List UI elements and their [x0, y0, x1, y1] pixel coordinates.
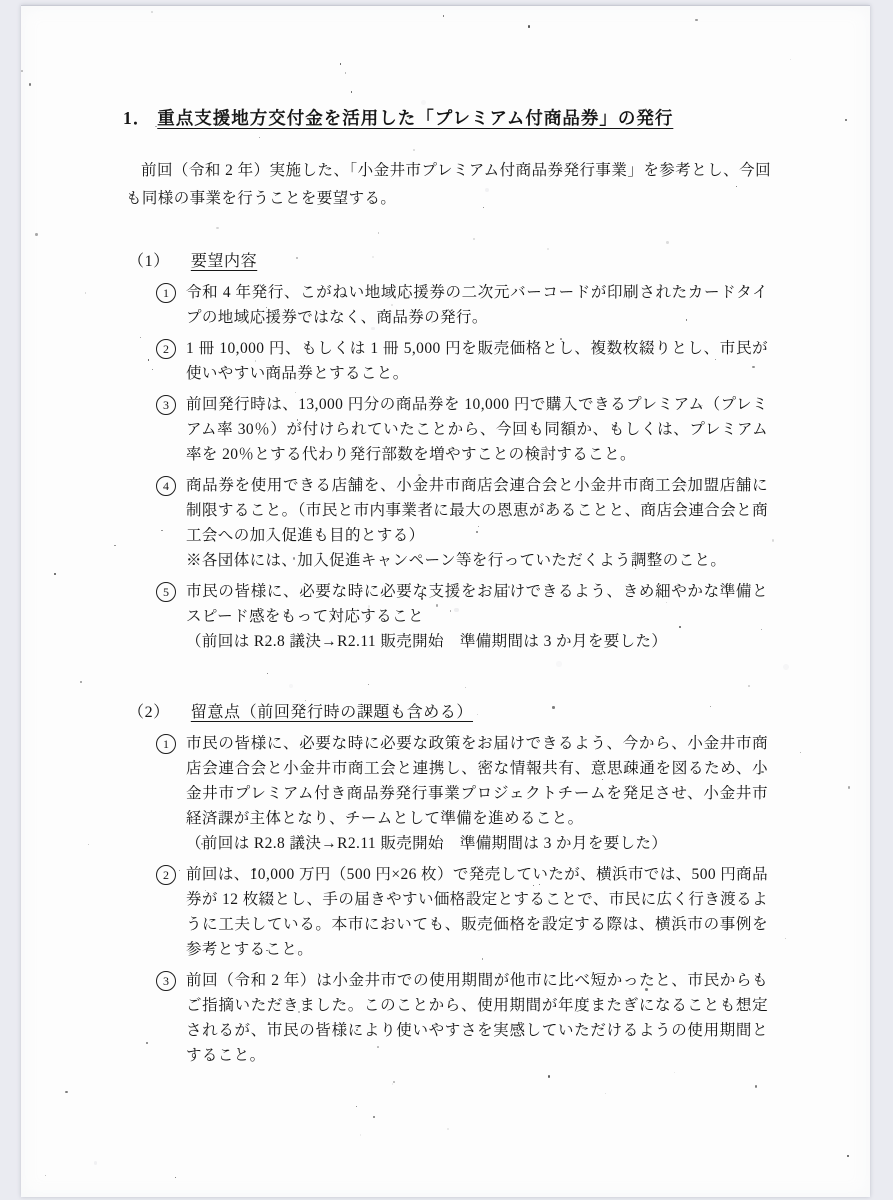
circled-number-icon: 2 — [156, 865, 176, 885]
scan-noise-speck — [114, 545, 116, 546]
item-sub-note: ※各団体には、加入促進キャンペーン等を行っていただくよう調整のこと。 — [186, 548, 768, 573]
circled-number-icon: 3 — [156, 971, 176, 991]
item-text: 令和 4 年発行、こがねい地域応援券の二次元バーコードが印刷されたカードタイプの… — [186, 284, 768, 326]
scan-noise-speck — [80, 681, 82, 683]
circled-number-icon: 3 — [156, 395, 176, 415]
item-text: 市民の皆様に、必要な時に必要な支援をお届けできるよう、きめ細やかな準備とスピード… — [186, 583, 768, 625]
scan-noise-speck — [35, 233, 38, 236]
scan-noise-speck — [88, 844, 89, 845]
list-item: 5 市民の皆様に、必要な時に必要な支援をお届けできるよう、きめ細やかな準備とスピ… — [156, 579, 768, 654]
document-body: 1．重点支援地方交付金を活用した「プレミアム付商品券」の発行 前回（令和 2 年… — [126, 6, 806, 1068]
circled-number-icon: 1 — [156, 283, 176, 303]
list-item: 3 前回（令和 2 年）は小金井市での使用期間が他市に比べ短かったと、市民からも… — [156, 968, 768, 1068]
section-1-number: （1） — [128, 253, 170, 270]
section-2-header: （2）留意点（前回発行時の課題も含める） — [128, 700, 806, 725]
scan-noise-speck — [847, 1155, 848, 1156]
scan-noise-smudge — [94, 1161, 98, 1165]
scan-noise-speck — [548, 1075, 550, 1077]
intro-paragraph: 前回（令和 2 年）実施した、「小金井市プレミアム付商品券発行事業」を参考とし、… — [126, 157, 771, 213]
list-item: 2 前回は、10,000 万円（500 円×26 枚）で発売していたが、横浜市で… — [156, 862, 768, 962]
item-text: 前回は、10,000 万円（500 円×26 枚）で発売していたが、横浜市では、… — [186, 866, 768, 958]
item-text: 前回（令和 2 年）は小金井市での使用期間が他市に比べ短かったと、市民からもご指… — [186, 972, 768, 1064]
heading-number: 1． — [123, 108, 151, 128]
section-1-header: （1）要望内容 — [128, 249, 806, 274]
item-text: 1 冊 10,000 円、もしくは 1 冊 5,000 円を販売価格とし、複数枚… — [186, 340, 768, 382]
scan-noise-speck — [447, 1128, 449, 1130]
document-page: 1．重点支援地方交付金を活用した「プレミアム付商品券」の発行 前回（令和 2 年… — [21, 5, 870, 1197]
scan-noise-speck — [605, 1093, 607, 1095]
item-note: （前回は R2.8 議決→R2.11 販売開始 準備期間は 3 か月を要した） — [186, 831, 768, 856]
scan-noise-speck — [21, 70, 23, 72]
list-item: 3 前回発行時は、13,000 円分の商品券を 10,000 円で購入できるプレ… — [156, 392, 768, 467]
section-2-number: （2） — [128, 704, 170, 721]
list-item: 1 市民の皆様に、必要な時に必要な政策をお届けできるよう、今から、小金井市商店会… — [156, 731, 768, 856]
scan-noise-speck — [845, 119, 847, 121]
item-text: 商品券を使用できる店舗を、小金井市商店会連合会と小金井市商工会加盟店舗に制限する… — [186, 477, 768, 544]
scan-noise-speck — [392, 1083, 394, 1085]
list-item: 1 令和 4 年発行、こがねい地域応援券の二次元バーコードが印刷されたカードタイ… — [156, 280, 768, 330]
scanned-document-photo: { "colors":{ "viewer_bg":"#eaebf1", "pag… — [0, 0, 893, 1200]
scan-noise-speck — [54, 573, 56, 575]
scan-noise-speck — [65, 1091, 68, 1093]
scan-noise-speck — [360, 1134, 362, 1135]
scan-noise-speck — [755, 1085, 757, 1088]
list-item: 4 商品券を使用できる店舗を、小金井市商店会連合会と小金井市商工会加盟店舗に制限… — [156, 473, 768, 573]
circled-number-icon: 5 — [156, 582, 176, 602]
item-text: 市民の皆様に、必要な時に必要な政策をお届けできるよう、今から、小金井市商店会連合… — [186, 735, 768, 827]
document-heading: 1．重点支援地方交付金を活用した「プレミアム付商品券」の発行 — [123, 106, 806, 131]
item-text: 前回発行時は、13,000 円分の商品券を 10,000 円で購入できるプレミア… — [186, 396, 768, 463]
section-2-title: 留意点（前回発行時の課題も含める） — [191, 704, 473, 721]
scan-noise-speck — [674, 1072, 675, 1073]
circled-number-icon: 4 — [156, 476, 176, 496]
scan-noise-speck — [373, 1116, 375, 1118]
heading-text: 重点支援地方交付金を活用した「プレミアム付商品券」の発行 — [157, 108, 673, 128]
scan-noise-speck — [356, 1106, 357, 1107]
list-item: 2 1 冊 10,000 円、もしくは 1 冊 5,000 円を販売価格とし、複… — [156, 336, 768, 386]
section-1-title: 要望内容 — [191, 253, 257, 270]
circled-number-icon: 1 — [156, 734, 176, 754]
scan-noise-speck — [393, 1081, 396, 1083]
scan-noise-speck — [85, 292, 86, 294]
scan-noise-speck — [29, 83, 32, 86]
circled-number-icon: 2 — [156, 339, 176, 359]
item-note: （前回は R2.8 議決→R2.11 販売開始 準備期間は 3 か月を要した） — [186, 629, 768, 654]
scan-noise-speck — [175, 1177, 176, 1178]
scan-noise-speck — [45, 1175, 46, 1177]
scan-noise-speck — [848, 786, 850, 788]
